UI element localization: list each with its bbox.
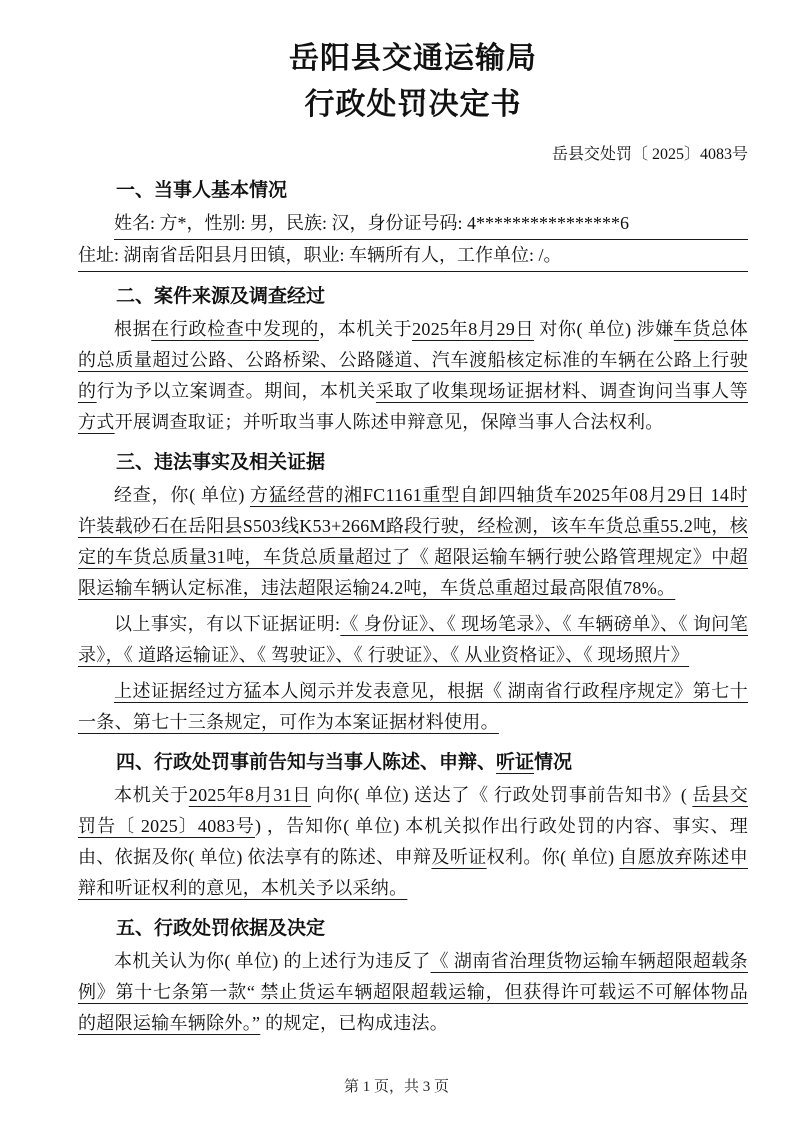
text-run: 以上事实，有以下证据证明: — [114, 614, 340, 634]
field-line: 住址: 湖南省岳阳县月田镇，职业: 车辆所有人，工作单位: /。 — [78, 240, 748, 272]
text-run: 行为予以立案调查。期间，本机关 — [97, 381, 376, 401]
text-run: 四、行政处罚事前告知与当事人陈述、申辩、 — [116, 751, 496, 773]
underlined-text: 听证 — [496, 751, 534, 773]
underlined-text: 上述证据经过方猛本人阅示并发表意见，根据《 湖南省行政程序规定》第七十一条、第七… — [78, 681, 748, 732]
underlined-text: 在行政检查中发现的 — [151, 319, 319, 339]
text-run: 三、违法事实及相关证据 — [116, 451, 325, 473]
text-run: 经查，你( 单位) — [114, 485, 250, 505]
underlined-text: 及听证 — [431, 847, 486, 867]
section-prior-notice: 四、行政处罚事前告知与当事人陈述、申辩、听证情况本机关于2025年8月31日 向… — [78, 749, 748, 904]
section-heading: 五、行政处罚依据及决定 — [78, 915, 748, 941]
text-run: 根据 — [114, 319, 151, 339]
text-run: 权利。你( 单位) — [487, 847, 620, 867]
document-body: 一、当事人基本情况姓名: 方*，性别: 男，民族: 汉，身份证号码: 4****… — [78, 177, 748, 1039]
section-case-origin: 二、案件来源及调查经过根据在行政检查中发现的，本机关于2025年8月29日 对你… — [78, 283, 748, 438]
text-run: 五、行政处罚依据及决定 — [116, 917, 325, 939]
document-title-line2: 行政处罚决定书 — [78, 82, 748, 128]
underlined-text: 2025年8月31日 — [189, 785, 311, 805]
text-run: 对你( 单位) 涉嫌 — [534, 319, 674, 339]
paragraph: 经查，你( 单位) 方猛经营的湘FC1161重型自卸四轴货车2025年08月29… — [78, 480, 748, 604]
underlined-text: 2025年8月29日 — [412, 319, 534, 339]
text-run: 一、当事人基本情况 — [116, 179, 287, 201]
section-facts-evidence: 三、违法事实及相关证据经查，你( 单位) 方猛经营的湘FC1161重型自卸四轴货… — [78, 449, 748, 738]
section-heading: 一、当事人基本情况 — [78, 177, 748, 203]
paragraph: 上述证据经过方猛本人阅示并发表意见，根据《 湖南省行政程序规定》第七十一条、第七… — [78, 676, 748, 738]
document-title-line1: 岳阳县交通运输局 — [78, 36, 748, 82]
section-heading: 四、行政处罚事前告知与当事人陈述、申辩、听证情况 — [78, 749, 748, 775]
text-run: 情况 — [534, 751, 572, 773]
text-run: ，本机关于 — [319, 319, 412, 339]
page-footer: 第 1 页，共 3 页 — [0, 1075, 793, 1096]
field-line: 姓名: 方*，性别: 男，民族: 汉，身份证号码: 4*************… — [114, 208, 748, 240]
section-party-info: 一、当事人基本情况姓名: 方*，性别: 男，民族: 汉，身份证号码: 4****… — [78, 177, 748, 272]
paragraph: 根据在行政检查中发现的，本机关于2025年8月29日 对你( 单位) 涉嫌车货总… — [78, 314, 748, 438]
document-number: 岳县交处罚〔 2025〕4083号 — [78, 144, 748, 166]
paragraph: 本机关于2025年8月31日 向你( 单位) 送达了《 行政处罚事前告知书》( … — [78, 780, 748, 904]
section-penalty-basis: 五、行政处罚依据及决定本机关认为你( 单位) 的上述行为违反了《 湖南省治理货物… — [78, 915, 748, 1039]
document-title-block: 岳阳县交通运输局 行政处罚决定书 — [78, 36, 748, 128]
text-run: 向你( 单位) 送达了《 行政处罚事前告知书》( — [311, 785, 692, 805]
section-heading: 三、违法事实及相关证据 — [78, 449, 748, 475]
text-run: 本机关于 — [114, 785, 189, 805]
document-page: 岳阳县交通运输局 行政处罚决定书 岳县交处罚〔 2025〕4083号 一、当事人… — [0, 0, 793, 1122]
text-run: 开展调查取证；并听取当事人陈述申辩意见，保障当事人合法权利。 — [115, 412, 664, 432]
text-run: 二、案件来源及调查经过 — [116, 285, 325, 307]
section-heading: 二、案件来源及调查经过 — [78, 283, 748, 309]
text-run: 的规定，已构成违法。 — [260, 1013, 448, 1033]
text-run: 本机关认为你( 单位) 的上述行为违反了 — [114, 951, 431, 971]
paragraph: 以上事实，有以下证据证明:《 身份证》、《 现场笔录》、《 车辆磅单》、《 询问… — [78, 609, 748, 671]
paragraph: 本机关认为你( 单位) 的上述行为违反了《 湖南省治理货物运输车辆超限超载条例》… — [78, 946, 748, 1039]
